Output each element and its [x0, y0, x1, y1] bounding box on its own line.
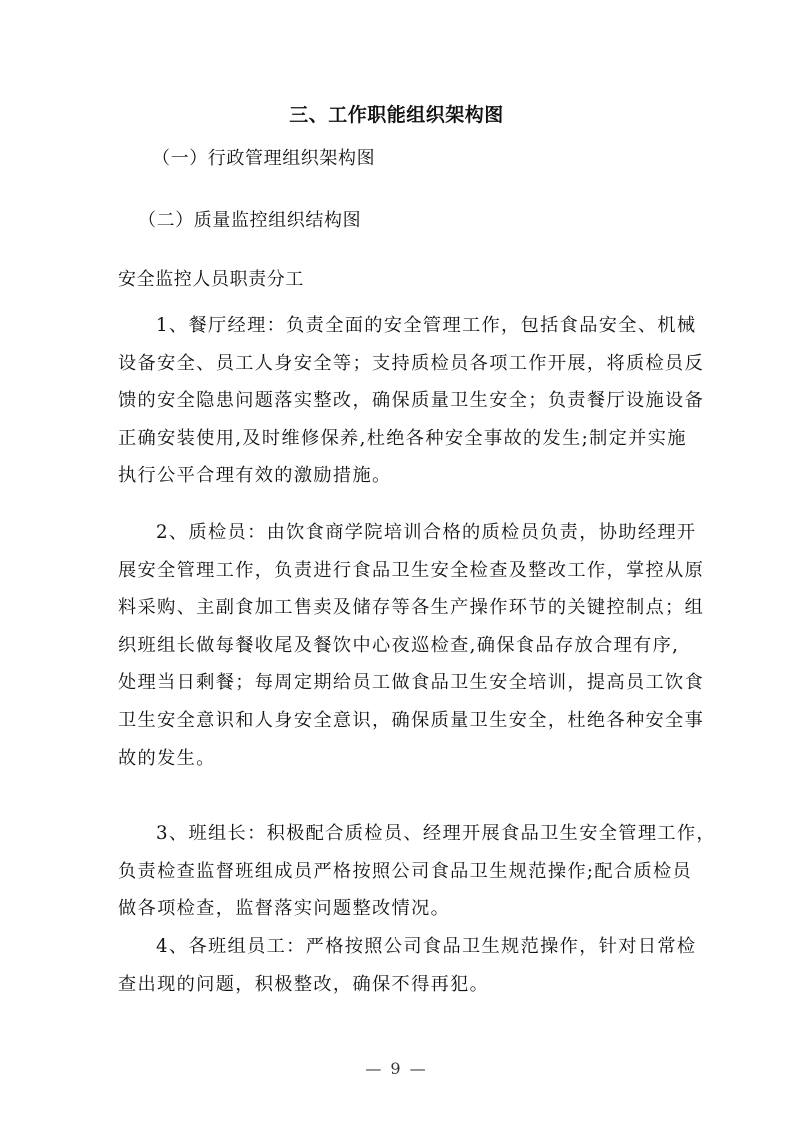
- paragraph-line: 设备安全、员工人身安全等；支持质检员各项工作开展，将质检员反: [118, 345, 674, 383]
- subsection-admin-org-chart: （一）行政管理组织架构图: [152, 145, 375, 173]
- paragraph-line: 2、质检员：由饮食商学院培训合格的质检员负责，协助经理开: [118, 514, 674, 552]
- page-number: — 9 —: [0, 1057, 793, 1081]
- section-title: 三、工作职能组织架构图: [0, 101, 793, 129]
- paragraph-line: 卫生安全意识和人身安全意识，确保质量卫生安全，杜绝各种安全事: [118, 702, 674, 740]
- document-page: 三、工作职能组织架构图 （一）行政管理组织架构图 （二）质量监控组织结构图 安全…: [0, 0, 793, 1122]
- paragraph-line: 料采购、主副食加工售卖及储存等各生产操作环节的关键控制点；组: [118, 589, 674, 627]
- paragraph-line: 正确安装使用,及时维修保养,杜绝各种安全事故的发生;制定并实施: [118, 420, 674, 458]
- paragraph-line: 执行公平合理有效的激励措施。: [118, 457, 674, 495]
- paragraph-team-staff: 4、各班组员工：严格按照公司食品卫生规范操作，针对日常检 查出现的问题，积极整改…: [118, 928, 674, 1003]
- paragraph-team-leader: 3、班组长：积极配合质检员、经理开展食品卫生安全管理工作， 负责检查监督班组成员…: [118, 815, 674, 928]
- paragraph-quality-inspector: 2、质检员：由饮食商学院培训合格的质检员负责，协助经理开 展安全管理工作，负责进…: [118, 514, 674, 777]
- paragraph-line: 负责检查监督班组成员严格按照公司食品卫生规范操作;配合质检员: [118, 853, 674, 891]
- paragraph-line: 展安全管理工作，负责进行食品卫生安全检查及整改工作，掌控从原: [118, 552, 674, 590]
- paragraph-line: 4、各班组员工：严格按照公司食品卫生规范操作，针对日常检: [118, 928, 674, 966]
- paragraph-line: 查出现的问题，积极整改，确保不得再犯。: [118, 966, 674, 1004]
- subsection-quality-org-chart: （二）质量监控组织结构图: [138, 207, 361, 235]
- responsibilities-heading: 安全监控人员职责分工: [118, 266, 304, 294]
- paragraph-line: 处理当日剩餐；每周定期给员工做食品卫生安全培训，提高员工饮食: [118, 664, 674, 702]
- paragraph-line: 3、班组长：积极配合质检员、经理开展食品卫生安全管理工作，: [118, 815, 674, 853]
- paragraph-restaurant-manager: 1、餐厅经理：负责全面的安全管理工作，包括食品安全、机械 设备安全、员工人身安全…: [118, 307, 674, 495]
- paragraph-line: 织班组长做每餐收尾及餐饮中心夜巡检查,确保食品存放合理有序,: [118, 627, 674, 665]
- paragraph-line: 故的发生。: [118, 740, 674, 778]
- paragraph-line: 做各项检查，监督落实问题整改情况。: [118, 890, 674, 928]
- paragraph-line: 1、餐厅经理：负责全面的安全管理工作，包括食品安全、机械: [118, 307, 674, 345]
- paragraph-line: 馈的安全隐患问题落实整改，确保质量卫生安全；负责餐厅设施设备: [118, 382, 674, 420]
